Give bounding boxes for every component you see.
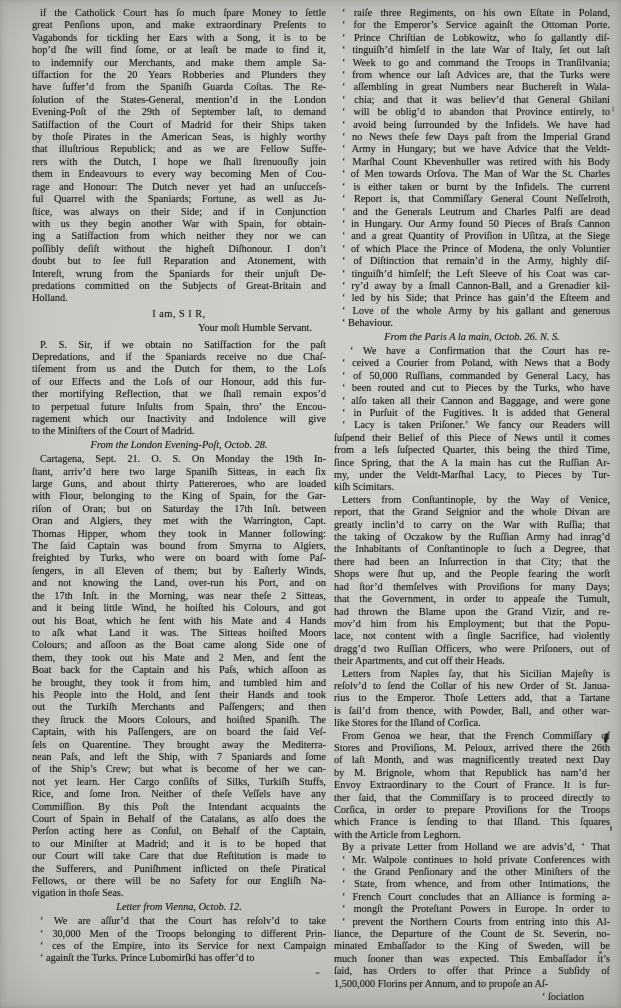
text-line: Envoy Extraordinary to the Court of Fran…: [334, 780, 610, 792]
text-line: ‘ State, from whence, and from other Int…: [334, 879, 610, 891]
text-line: reſolv’d to ſend the Collar of his new O…: [334, 681, 610, 693]
text-line: to indemnify our Merchants, and make the…: [32, 58, 326, 70]
text-line: ther mortifying Reflection, that we ſhal…: [32, 389, 326, 401]
text-line: ‘ Lacy is taken Priſoner.’ We fancy our …: [334, 420, 610, 432]
text-line: minated Embaſſador to the King of Sweden…: [334, 941, 610, 953]
text-line: ‘ aſſembling in great Numbers near Buche…: [334, 82, 610, 94]
text-line: to perpetual future Inſults from Spain, …: [32, 402, 326, 414]
text-line: ‘ French Court concludes that an Allianc…: [334, 892, 610, 904]
text-line: ‘ Marſhal Count Khevenhuller was retired…: [334, 157, 610, 169]
text-line: lace, not content with a ſingle Sacrific…: [334, 631, 610, 643]
signature-line: Your moſt Humble Servant.: [32, 323, 326, 335]
text-line: have ſuffer’d from the Spaniſh Guarda Co…: [32, 82, 326, 94]
text-line: ‘ Love of the whole Army by his gallant …: [334, 306, 610, 318]
text-line: ‘ for the Emperor’s Service againſt the …: [334, 20, 610, 32]
catchword: ‘ ſociation: [334, 992, 610, 1004]
text-line: that illuſtrious Republick; and as we ar…: [32, 144, 326, 156]
text-line: ſince Spring, that the A la main has cut…: [334, 458, 610, 470]
ink-mark: [599, 951, 602, 954]
text-line: Holland.: [32, 293, 326, 305]
section-heading: From the Paris A la main, Octob. 26. N. …: [334, 332, 610, 344]
text-line: out the Turkiſh Merchants and Paſſengers…: [32, 702, 326, 714]
text-line: ‘ We have a Confirmation that the Court …: [334, 346, 610, 358]
text-line: ‘ ry’d away by a ſmall Cannon-Ball, and …: [334, 281, 610, 293]
text-line: is ſail’d from thence, with Powder, Ball…: [334, 706, 610, 718]
text-line: Thomas Hipper, whom they took in Manner …: [32, 529, 326, 541]
text-line: ‘ Army in Hungary; but we have Advice th…: [334, 144, 610, 156]
text-line: ‘ We are aſſur’d that the Court has reſo…: [32, 916, 326, 928]
text-line: and not knowing the Land, over-run his P…: [32, 578, 326, 590]
section-heading: From the London Evening-Poſt, Octob. 28.: [32, 440, 326, 452]
text-line: ‘ the Grand Penſionary and the other Min…: [334, 867, 610, 879]
text-line: ‘ and a great Quantity of Proviſion in U…: [334, 231, 610, 243]
text-line: great Penſions upon, and make extraordin…: [32, 20, 326, 32]
text-line: mov’d him from his Employment; but that …: [334, 619, 610, 631]
text-line: to the Miniſters of the Court of Madrid.: [32, 426, 326, 438]
text-line: our Court will take Care that due Reſtit…: [32, 851, 326, 863]
text-line: of our Effects and the Loſs of our Honou…: [32, 377, 326, 389]
text-line: rius to the Emperor. Thoſe Letters add, …: [334, 693, 610, 705]
text-line: ‘ in Purſuit of the Fugitives. It is add…: [334, 408, 610, 420]
text-line: ‘ of 50,000 Ruſſians, commanded by Gener…: [334, 371, 610, 383]
ink-mark: [315, 972, 320, 974]
text-line: like Stores for the Iſland of Corſica.: [334, 718, 610, 730]
text-line: and it being little Wind, he hoiſted his…: [32, 603, 326, 615]
text-line: ‘ alſo taken all their Cannon and Baggag…: [334, 396, 610, 408]
section-heading: Letter from Vienna, Octob. 12.: [32, 902, 326, 914]
text-line: Rice, and ſome Iron. Neither of theſe Ve…: [32, 789, 326, 801]
closing-salutation: I am, S I R,: [32, 309, 326, 321]
text-line: ‘ tinguiſh’d himſelf in the late War of …: [334, 45, 610, 57]
text-line: rage and Honour: The Dutch never yet had…: [32, 182, 326, 194]
text-line: rers with the Dutch, I hope we ſhall ſtr…: [32, 157, 326, 169]
text-line: the Sufferers, and Puniſhment inflicted …: [32, 864, 326, 876]
right-column: ‘ raiſe three Regiments, on his own Eſta…: [334, 8, 610, 1008]
text-line: of the Ship’s Crew; but what is become o…: [32, 764, 326, 776]
text-line: ‘ of Diſtinction that remain’d in the Ar…: [334, 256, 610, 268]
text-line: 1,500,000 Florins per Annum, and to prop…: [334, 979, 610, 991]
text-line: Court of Spain in Behalf of the Catalans…: [32, 814, 326, 826]
text-line: much ſooner than was expected. This Emba…: [334, 954, 610, 966]
text-line: ſengers, in all Eleven of them; but by E…: [32, 566, 326, 578]
text-line: liance, the Departure of the Count de St…: [334, 929, 610, 941]
text-line: riſon of Oran; but on Saturday the 17th …: [32, 504, 326, 516]
text-line: ſels on Quarentine. They brought away th…: [32, 740, 326, 752]
text-line: to aſk what Land it was. The Sitteas hoi…: [32, 628, 326, 640]
page-columns: if the Catholick Court has ſo much ſpare…: [32, 8, 610, 1008]
text-line: vigation in thoſe Seas.: [32, 888, 326, 900]
text-line: them in Endeavours to every way becoming…: [32, 169, 326, 181]
text-line: Oran and Algiers, they met with the Warr…: [32, 516, 326, 528]
text-line: poſſibly deſiſt without the higheſt Diſh…: [32, 244, 326, 256]
text-line: Vagabonds for tickling her Ears with a S…: [32, 33, 326, 45]
text-line: ‘ ces of the Empire, into its Service fo…: [32, 941, 326, 953]
text-line: ‘ in Hungary. Our Army found 50 Pieces o…: [334, 219, 610, 231]
text-line: Satiſfaction of the Court of Madrid for …: [32, 120, 326, 132]
ink-mark: [610, 826, 612, 831]
text-line: freighted by Turks, who were on board wi…: [32, 553, 326, 565]
text-line: By a private Letter from Holland we are …: [334, 842, 610, 854]
text-line: hop’d ſhe will find ſome, or at leaſt be…: [32, 45, 326, 57]
text-line: to our Miniſter at Madrid; and it is to …: [32, 839, 326, 851]
text-line: their Apartments, and cut off their Head…: [334, 656, 610, 668]
left-column: if the Catholick Court has ſo much ſpare…: [32, 8, 326, 1008]
newspaper-page: if the Catholick Court has ſo much ſpare…: [0, 0, 621, 1008]
text-line: ful Quarrel with the Spaniards; Fortune,…: [32, 194, 326, 206]
text-line: by thoſe Pirates in the American Seas, i…: [32, 132, 326, 144]
text-line: ‘ Behaviour.: [334, 318, 610, 330]
text-line: the taking of Oczakow by the Ruſſian Arm…: [334, 532, 610, 544]
text-line: ragement which our Inactivity and Indole…: [32, 414, 326, 426]
text-line: Corſica, in order to prepare Proviſions …: [334, 805, 610, 817]
text-line: kiſh Scimitars.: [334, 482, 610, 494]
text-line: out his Boat, which he ſent with his Mat…: [32, 616, 326, 628]
text-line: ‘ avoid being ſurrounded by the Infidels…: [334, 120, 610, 132]
text-line: they ſtruck the Moors Colours, and hoiſt…: [32, 715, 326, 727]
text-line: he brought, they took it from him, and t…: [32, 678, 326, 690]
text-line: ſtice, was always on their Side; and if …: [32, 207, 326, 219]
text-line: tiſement from us and the Dutch for them,…: [32, 364, 326, 376]
text-line: Captain, with his Paſſengers, are on boa…: [32, 727, 326, 739]
text-line: there had been an Inſurrection in that C…: [334, 557, 610, 569]
text-line: Stores and Proviſions, M. Peloux, arrive…: [334, 743, 610, 755]
text-line: of laſt Month, and was magnificently tre…: [334, 755, 610, 767]
text-line: that the Government, in order to appeaſe…: [334, 594, 610, 606]
text-line: Commiſſion. By this Poſt the Intendant a…: [32, 802, 326, 814]
text-line: dragg’d two Ruſſian Officers, who were P…: [334, 644, 610, 656]
text-line: ſaid, has Orders to offer that Prince a …: [334, 966, 610, 978]
text-line: had ſtor’d themſelves with Proviſions fo…: [334, 582, 610, 594]
text-line: predations committed on the Subjects of …: [32, 281, 326, 293]
text-line: from a leſs ſuſpected Quarter, this bein…: [334, 445, 610, 457]
text-line: Fellows, or there will be no Safety for …: [32, 876, 326, 888]
text-line: Letters from Naples ſay, that his Sicili…: [334, 669, 610, 681]
text-line: ſuſpend their Belief of this Piece of Ne…: [334, 433, 610, 445]
text-line: ‘ raiſe three Regiments, on his own Eſta…: [334, 8, 610, 20]
text-line: Cartagena, Sept. 21. O. S. On Monday the…: [32, 454, 326, 466]
text-line: large Guns, and about thirty Pattereroes…: [32, 479, 326, 491]
text-line: ‘ prevent the Northern Courts from entri…: [334, 917, 610, 929]
text-line: ‘ will be oblig’d to abandon that Provin…: [334, 107, 610, 119]
text-line: ‘ tinguiſh’d himſelf; the Left Sleeve of…: [334, 269, 610, 281]
text-line: ‘ Week to go and command the Troops in T…: [334, 58, 610, 70]
text-line: ſtant, arriv’d here two large Spaniſh Si…: [32, 467, 326, 479]
text-line: ‘ ceived a Courier from Poland, with New…: [334, 358, 610, 370]
text-line: the Inhabitants of Conſtantinople to ſuc…: [334, 544, 610, 556]
text-line: ‘ of Men towards Orſova. The Man of War …: [334, 169, 610, 181]
text-line: ‘ 30,000 Men of the Troops belonging to …: [32, 929, 326, 941]
text-line: ‘ againſt the Turks. Prince Lubomirſki h…: [32, 953, 326, 965]
text-line: ‘ from whence our laſt Advices are, that…: [334, 70, 610, 82]
text-line: ‘ Report is, that Commiſſary General Cou…: [334, 194, 610, 206]
text-line: Evening-Poſt of the 29th of September la…: [32, 107, 326, 119]
text-line: with Flour, belonging to the King of Spa…: [32, 491, 326, 503]
text-line: Boat back for the Captain and his Paſs, …: [32, 665, 326, 677]
text-line: P. S. Sir, if we obtain no Satiſfaction …: [32, 340, 326, 352]
text-line: ‘ Mr. Walpole continues to hold private …: [334, 855, 610, 867]
text-line: nean Paſs, and left the Ship, with 7 Spa…: [32, 752, 326, 764]
text-line: Depredations, and if the Spaniards recei…: [32, 352, 326, 364]
text-line: with the Article from Leghorn.: [334, 830, 610, 842]
text-line: ‘ chia; and that it was believ’d that Ge…: [334, 95, 610, 107]
text-line: ther ſaid, that the Commiſſary is to pro…: [334, 793, 610, 805]
text-line: Letters from Conſtantinople, by the Way …: [334, 495, 610, 507]
text-line: ‘ of which Place the Prince of Modena, t…: [334, 244, 610, 256]
text-line: ‘ Prince Chriſtian de Lobkowitz, who ſo …: [334, 33, 610, 45]
text-line: the 17th Inſt. in the Morning, was near …: [32, 591, 326, 603]
text-line: my, under the Veldt-Marſhal Lacy, to Pie…: [334, 470, 610, 482]
text-line: not yet learn. Her Cargo conſiſts of Sil…: [32, 777, 326, 789]
text-line: had thrown the Blame upon the Grand Vizi…: [334, 607, 610, 619]
text-line: ‘ led by his Side; that Prince has gain’…: [334, 293, 610, 305]
text-line: ing a Satiſfaction from which neither th…: [32, 231, 326, 243]
text-line: by M. Brignole, whom that Republick has …: [334, 768, 610, 780]
text-line: doubt but to ſee full Reparation and Ato…: [32, 256, 326, 268]
text-line: Intereſt, wrung from the Spaniards for t…: [32, 269, 326, 281]
text-line: From Genoa we hear, that the French Comm…: [334, 731, 610, 743]
text-line: tiſfaction for the 20 Years Robberies an…: [32, 70, 326, 82]
text-line: Shops were ſhut up, and the People feari…: [334, 569, 610, 581]
text-line: ‘ been routed and cut to Pieces by the T…: [334, 383, 610, 395]
ink-mark: [612, 106, 614, 112]
text-line: ‘ mongſt the Proteſtant Powers in Europe…: [334, 904, 610, 916]
text-line: if the Catholick Court has ſo much ſpare…: [32, 8, 326, 20]
text-line: The ſaid Captain was bound from Smyrna t…: [32, 541, 326, 553]
text-line: Colours; and aſſoon as the Boat came alo…: [32, 640, 326, 652]
text-line: ſolution of the States-General, mention’…: [32, 95, 326, 107]
text-line: them, they took out his Mate and 2 Men, …: [32, 653, 326, 665]
text-line: which France is ſending to that Iſland. …: [334, 817, 610, 829]
text-line: with us they begin another War with Spai…: [32, 219, 326, 231]
text-line: his People into the Hold, and ſent their…: [32, 690, 326, 702]
text-line: ‘ is either taken or burnt by the Infide…: [334, 182, 610, 194]
text-line: ‘ and the Generals Leutrum and Charles P…: [334, 207, 610, 219]
text-line: Perſon acting here as Conſul, on Behalf …: [32, 826, 326, 838]
text-line: greatly inclin’d to carry on the War wit…: [334, 520, 610, 532]
text-line: report, that the Grand Seignior and the …: [334, 507, 610, 519]
text-line: ‘ no News theſe few Days paſt from the I…: [334, 132, 610, 144]
